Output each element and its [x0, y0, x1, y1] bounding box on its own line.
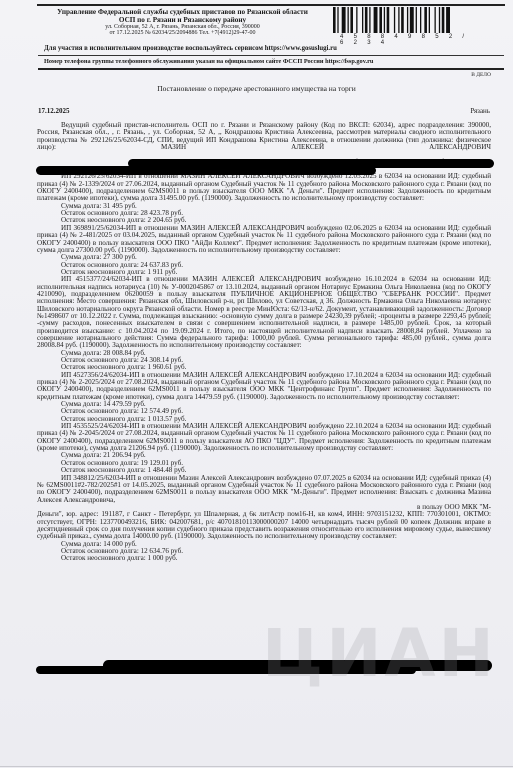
document-date: 17.12.2025 — [38, 107, 70, 115]
document-body: Ведущий судебный пристав-исполнитель ОСП… — [37, 122, 491, 563]
watermark: ЦИАН — [262, 615, 497, 692]
org-reference: от 17.12.2025 № 62034/25/2094886 Тел. +7… — [40, 30, 325, 36]
document-page: Управление Федеральной службы судебных п… — [0, 0, 513, 768]
gosuslugi-note: Для участия в исполнительном производств… — [44, 45, 337, 52]
proceeding-paragraph: ИП 4535525/24/62034-ИП в отношении МАЗИН… — [37, 423, 491, 452]
intro-text: Ведущий судебный пристав-исполнитель ОСП… — [37, 121, 491, 151]
proceeding-text: ИП 348812/25/62034-ИП в отношении Мазин … — [37, 474, 491, 504]
header-divider — [38, 55, 504, 56]
proceeding-paragraph: ИП 4515377/24/62034-ИП в отношении МАЗИН… — [37, 276, 491, 349]
header-top-rule — [37, 4, 505, 6]
issuing-organization: Управление Федеральной службы судебных п… — [40, 9, 325, 37]
proceeding-paragraph: ИП 348812/25/62034-ИП в отношении Мазин … — [37, 475, 491, 541]
barcode-number: 4 5 8 8 4 9 8 5 2 / 6 2 3 4 — [340, 34, 480, 46]
phone-note: Номер телефона группы телефонного обслуж… — [44, 58, 373, 65]
nonprincipal-rest-line: Остаток неосновного долга: 1 000 руб. — [37, 555, 491, 562]
file-stamp: В ДЕЛО — [471, 72, 491, 78]
proceedings-list: ИП 292126/25/62034-ИП в отношении МАЗИН … — [37, 173, 491, 562]
redaction-bar — [36, 166, 376, 175]
barcode-icon — [333, 7, 483, 33]
header-bottom-rule — [38, 68, 504, 70]
proceeding-paragraph: ИП 292126/25/62034-ИП в отношении МАЗИН … — [37, 173, 491, 202]
proceeding-paragraph: ИП 369891/25/62034-ИП в отношении МАЗИН … — [37, 225, 491, 254]
page-edge — [0, 766, 513, 767]
proceeding-paragraph: ИП 4527356/24/62034-ИП в отношении МАЗИН… — [37, 372, 491, 401]
proceeding-text: в пользу ООО МКК "М-Деньги", юр. адрес: … — [37, 503, 491, 540]
document-city: Рязань — [470, 107, 490, 115]
document-title: Постановление о передаче арестованного и… — [0, 84, 513, 93]
